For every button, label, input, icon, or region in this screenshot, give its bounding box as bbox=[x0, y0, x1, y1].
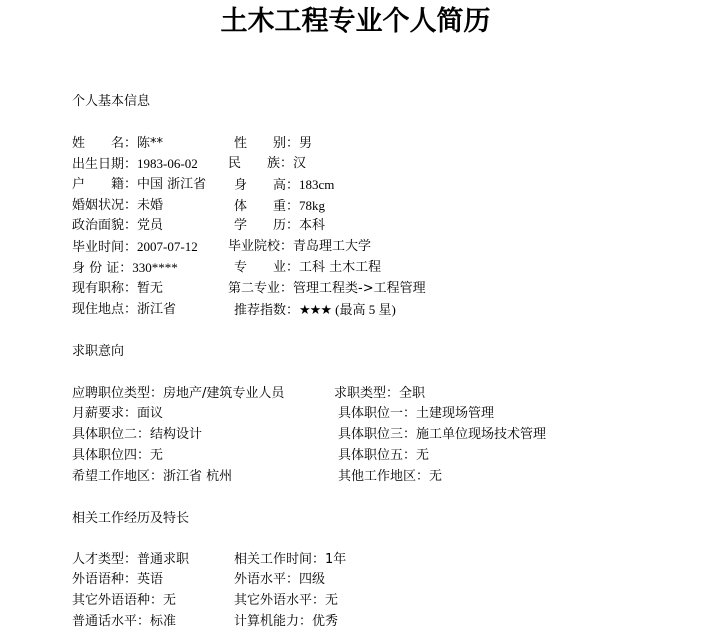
colon: ： bbox=[124, 240, 137, 255]
field-label-position-type: 应聘职位类型 bbox=[72, 384, 150, 404]
field-value-title: 暂无 bbox=[137, 281, 163, 296]
colon: ： bbox=[280, 239, 293, 254]
field-label-education: 学 历 bbox=[234, 216, 286, 236]
field-value-talent-type: 普通求职 bbox=[137, 552, 189, 567]
field-value-ethnicity: 汉 bbox=[293, 156, 306, 171]
field-value-recommendation-note: (最高 5 星) bbox=[335, 302, 396, 317]
colon: ： bbox=[299, 614, 312, 629]
field-value-hukou: 中国 浙江省 bbox=[137, 177, 206, 192]
field-value-other-language-level: 无 bbox=[325, 593, 338, 608]
field-value-computer-skills: 优秀 bbox=[312, 614, 338, 629]
field-label-talent-type: 人才类型 bbox=[72, 550, 124, 570]
field-label-graduation-date: 毕业时间 bbox=[72, 238, 124, 258]
section-heading-experience: 相关工作经历及特长 bbox=[72, 510, 189, 528]
field-label-mandarin-level: 普通话水平 bbox=[72, 612, 137, 632]
colon: ： bbox=[280, 156, 293, 171]
colon: ： bbox=[403, 427, 416, 442]
field-value-birth-date: 1983-06-02 bbox=[137, 156, 198, 171]
field-label-id-card: 身 份 证 bbox=[72, 259, 119, 279]
field-value-gender: 男 bbox=[299, 136, 312, 151]
colon: ： bbox=[124, 198, 137, 213]
field-value-school: 青岛理工大学 bbox=[293, 239, 371, 254]
colon: ： bbox=[312, 593, 325, 608]
field-label-other-language: 其它外语语种 bbox=[72, 591, 150, 611]
field-value-other-region: 无 bbox=[429, 469, 442, 484]
colon: ： bbox=[286, 199, 299, 214]
field-label-major: 专 业 bbox=[234, 258, 286, 278]
colon: ： bbox=[386, 386, 399, 401]
colon: ： bbox=[403, 448, 416, 463]
field-label-gender: 性 别 bbox=[234, 134, 286, 154]
field-value-mandarin-level: 标准 bbox=[150, 614, 176, 629]
field-value-salary: 面议 bbox=[137, 406, 163, 421]
field-label-weight: 体 重 bbox=[234, 197, 286, 217]
colon: ： bbox=[280, 281, 293, 296]
field-value-position-3: 施工单位现场技术管理 bbox=[416, 427, 546, 442]
field-label-other-language-level: 其它外语水平 bbox=[234, 591, 312, 611]
colon: ： bbox=[286, 260, 299, 275]
field-value-second-major: 管理工程类->工程管理 bbox=[293, 281, 426, 296]
field-label-marital-status: 婚姻状况 bbox=[72, 196, 124, 216]
star-rating-icon: ★★★ bbox=[299, 303, 331, 318]
field-value-preferred-region: 浙江省 杭州 bbox=[163, 469, 232, 484]
colon: ： bbox=[416, 469, 429, 484]
colon: ： bbox=[124, 281, 137, 296]
field-value-language-level: 四级 bbox=[299, 572, 325, 587]
colon: ： bbox=[286, 178, 299, 193]
field-label-birth-date: 出生日期 bbox=[72, 155, 124, 175]
field-label-computer-skills: 计算机能力 bbox=[234, 612, 299, 632]
field-label-foreign-language: 外语语种 bbox=[72, 570, 124, 590]
field-label-language-level: 外语水平 bbox=[234, 570, 286, 590]
field-label-hukou: 户 籍 bbox=[72, 175, 124, 195]
field-label-position-3: 具体职位三 bbox=[338, 425, 403, 445]
field-value-name: 陈** bbox=[137, 136, 163, 151]
colon: ： bbox=[124, 302, 137, 317]
section-heading-basic-info: 个人基本信息 bbox=[72, 93, 150, 111]
colon: ： bbox=[124, 177, 137, 192]
field-label-second-major: 第二专业 bbox=[228, 279, 280, 299]
field-value-work-years: 1年 bbox=[325, 552, 346, 567]
colon: ： bbox=[137, 448, 150, 463]
field-label-political-status: 政治面貌 bbox=[72, 216, 124, 236]
field-value-foreign-language: 英语 bbox=[137, 572, 163, 587]
colon: ： bbox=[124, 552, 137, 567]
field-value-position-5: 无 bbox=[416, 448, 429, 463]
field-label-preferred-region: 希望工作地区 bbox=[72, 467, 150, 487]
field-value-position-type: 房地产/建筑专业人员 bbox=[163, 386, 284, 401]
field-value-other-language: 无 bbox=[163, 593, 176, 608]
field-label-ethnicity: 民 族 bbox=[228, 154, 280, 174]
field-label-position-1: 具体职位一 bbox=[338, 404, 403, 424]
colon: ： bbox=[286, 218, 299, 233]
colon: ： bbox=[286, 136, 299, 151]
colon: ： bbox=[124, 136, 137, 151]
field-value-major: 工科 土木工程 bbox=[299, 260, 381, 275]
colon: ： bbox=[124, 406, 137, 421]
colon: ： bbox=[137, 427, 150, 442]
colon: ： bbox=[137, 614, 150, 629]
colon: ： bbox=[124, 218, 137, 233]
field-label-job-type: 求职类型 bbox=[334, 384, 386, 404]
field-label-title: 现有职称 bbox=[72, 279, 124, 299]
field-label-school: 毕业院校 bbox=[228, 237, 280, 257]
colon: ： bbox=[150, 593, 163, 608]
colon: ： bbox=[150, 386, 163, 401]
colon: ： bbox=[124, 572, 137, 587]
field-value-marital-status: 未婚 bbox=[137, 198, 163, 213]
field-label-recommendation: 推荐指数 bbox=[234, 301, 286, 321]
field-value-position-2: 结构设计 bbox=[150, 427, 202, 442]
field-value-education: 本科 bbox=[299, 218, 325, 233]
field-value-job-type: 全职 bbox=[399, 386, 425, 401]
field-label-position-2: 具体职位二 bbox=[72, 425, 137, 445]
field-value-current-location: 浙江省 bbox=[137, 302, 176, 317]
colon: ： bbox=[286, 572, 299, 587]
field-value-political-status: 党员 bbox=[137, 218, 163, 233]
field-value-weight: 78kg bbox=[299, 198, 325, 213]
field-value-graduation-date: 2007-07-12 bbox=[137, 239, 198, 254]
colon: ： bbox=[286, 303, 299, 318]
page-title: 土木工程专业个人简历 bbox=[0, 4, 711, 40]
colon: ： bbox=[150, 469, 163, 484]
field-label-other-region: 其他工作地区 bbox=[338, 467, 416, 487]
field-label-position-4: 具体职位四 bbox=[72, 446, 137, 466]
field-value-position-1: 土建现场管理 bbox=[416, 406, 494, 421]
field-label-position-5: 具体职位五 bbox=[338, 446, 403, 466]
colon: ： bbox=[403, 406, 416, 421]
colon: ： bbox=[124, 157, 137, 172]
field-label-work-years: 相关工作时间 bbox=[234, 550, 312, 570]
field-label-current-location: 现住地点 bbox=[72, 300, 124, 320]
section-heading-job-intent: 求职意向 bbox=[72, 343, 124, 361]
colon: ： bbox=[119, 261, 132, 276]
field-label-height: 身 高 bbox=[234, 176, 286, 196]
field-value-position-4: 无 bbox=[150, 448, 163, 463]
field-value-height: 183cm bbox=[299, 177, 334, 192]
field-label-salary: 月薪要求 bbox=[72, 404, 124, 424]
field-label-name: 姓 名 bbox=[72, 134, 124, 154]
colon: ： bbox=[312, 552, 325, 567]
field-value-id-card: 330**** bbox=[132, 260, 178, 275]
